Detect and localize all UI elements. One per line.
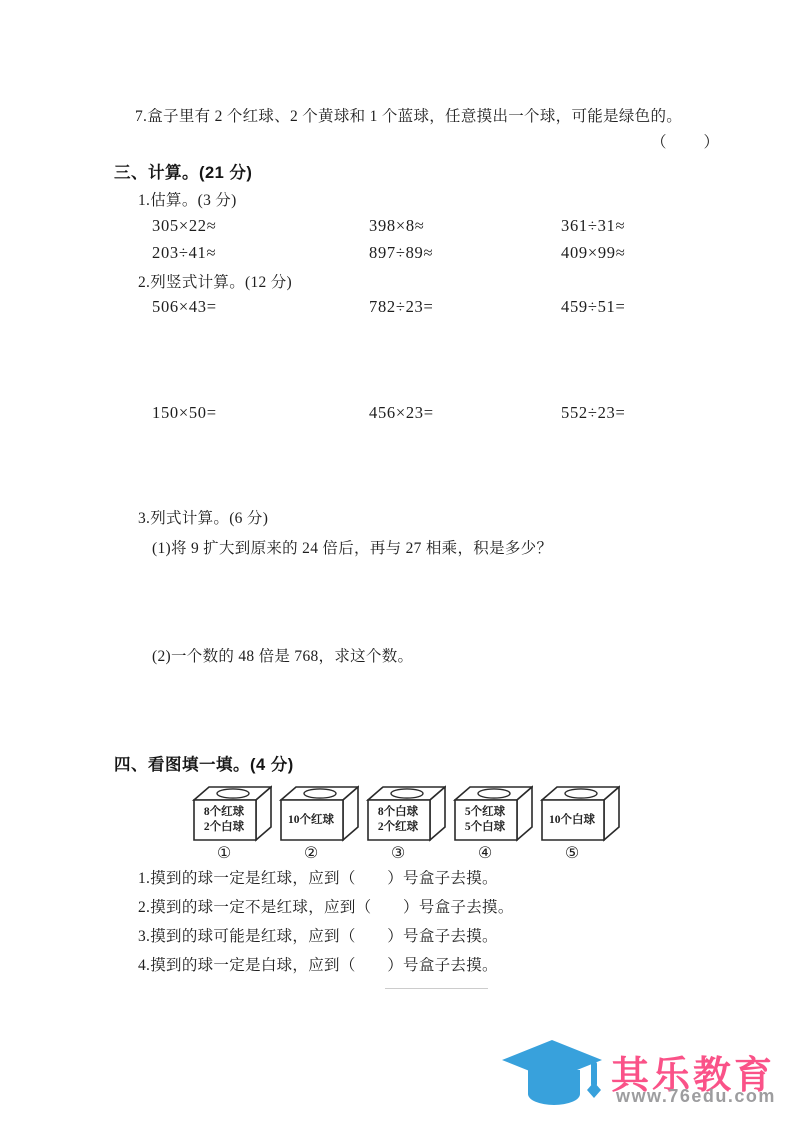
box-number: ⑤ (540, 843, 604, 862)
box-number: ② (279, 843, 343, 862)
ball-box-1: 8个红球 2个白球 ① (192, 783, 272, 865)
column-calc-problem: 552÷23= (561, 403, 626, 423)
ball-box-5: 10个白球 ⑤ (540, 783, 620, 865)
fill-question-2: 2.摸到的球一定不是红球，应到（ ）号盒子去摸。 (138, 895, 514, 917)
column-calc-problem: 506×43= (152, 297, 217, 317)
estimation-problem: 361÷31≈ (561, 216, 625, 236)
ball-box-2: 10个红球 ② (279, 783, 359, 865)
box-number: ① (192, 843, 256, 862)
estimation-problem: 897÷89≈ (369, 243, 433, 263)
brand-website: www.76edu.com (616, 1086, 776, 1107)
ball-boxes-row: 8个红球 2个白球 ① 10个红球 ② 8个白球 2个红球 ③ (192, 783, 627, 865)
box-number: ③ (366, 843, 430, 862)
fill-question-3: 3.摸到的球可能是红球，应到（ ）号盒子去摸。 (138, 924, 498, 946)
box-label: 5个红球 5个白球 (455, 801, 515, 839)
box-number: ④ (453, 843, 517, 862)
ball-box-4: 5个红球 5个白球 ④ (453, 783, 533, 865)
column-calc-problem: 456×23= (369, 403, 434, 423)
column-calc-problem: 150×50= (152, 403, 217, 423)
graduation-cap-icon (502, 1036, 606, 1119)
estimation-problem: 409×99≈ (561, 243, 626, 263)
column-calc-problem: 459÷51= (561, 297, 626, 317)
column-calc-label: 2.列竖式计算。(12 分) (138, 270, 292, 292)
question7-answer-blank: （ ） (651, 130, 721, 152)
ball-box-3: 8个白球 2个红球 ③ (366, 783, 446, 865)
estimation-label: 1.估算。(3 分) (138, 188, 237, 210)
question7-text: 7.盒子里有 2 个红球、2 个黄球和 1 个蓝球，任意摸出一个球，可能是绿色的… (135, 104, 682, 126)
estimation-problem: 398×8≈ (369, 216, 425, 236)
box-label: 8个白球 2个红球 (368, 801, 428, 839)
box-label: 8个红球 2个白球 (194, 801, 254, 839)
box-label: 10个红球 (281, 801, 341, 839)
fill-question-1: 1.摸到的球一定是红球，应到（ ）号盒子去摸。 (138, 866, 498, 888)
equation-calc-item1: (1)将 9 扩大到原来的 24 倍后，再与 27 相乘，积是多少？ (152, 536, 552, 558)
section-three-heading: 三、计算。(21 分) (114, 159, 252, 183)
estimation-problem: 203÷41≈ (152, 243, 216, 263)
scan-fold-line (385, 988, 488, 989)
estimation-problem: 305×22≈ (152, 216, 217, 236)
box-label: 10个白球 (542, 801, 602, 839)
equation-calc-item2: (2)一个数的 48 倍是 768，求这个数。 (152, 644, 413, 666)
equation-calc-label: 3.列式计算。(6 分) (138, 506, 268, 528)
fill-question-4: 4.摸到的球一定是白球，应到（ ）号盒子去摸。 (138, 953, 498, 975)
column-calc-problem: 782÷23= (369, 297, 434, 317)
worksheet-page: 7.盒子里有 2 个红球、2 个黄球和 1 个蓝球，任意摸出一个球，可能是绿色的… (0, 0, 793, 1122)
section-four-heading: 四、看图填一填。(4 分) (114, 751, 294, 775)
